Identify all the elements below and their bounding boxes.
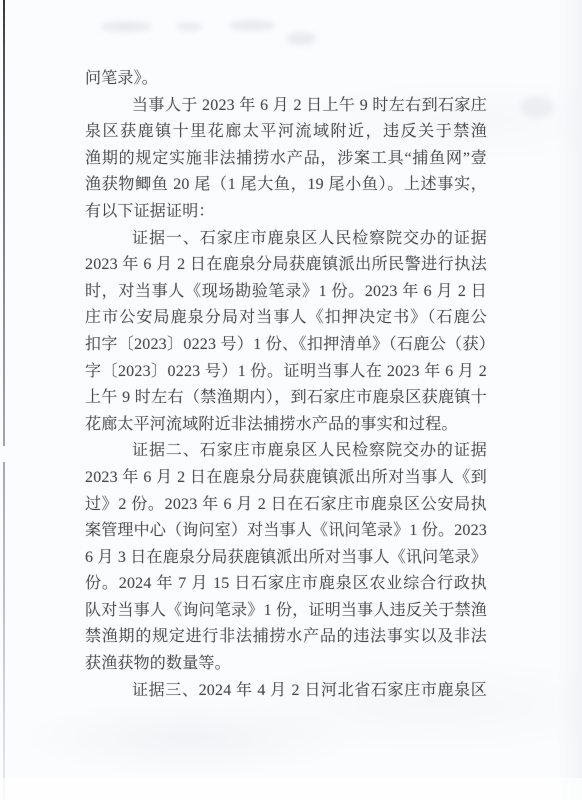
document-line: 上午 9 时左右（禁渔期内），到石家庄市鹿泉区获鹿镇十里 xyxy=(85,385,487,412)
document-line: 有以下证据证明： xyxy=(85,199,487,226)
scan-smudge xyxy=(286,32,316,45)
document-line: 证据三、2024 年 4 月 2 日河北省石家庄市鹿泉区人民检 xyxy=(85,678,487,705)
document-line: 当事人于 2023 年 6 月 2 日上午 9 时左右到石家庄市鹿 xyxy=(85,93,487,120)
document-line: 泉区获鹿镇十里花廊太平河流域附近，违反关于禁渔区、禁 xyxy=(85,119,487,146)
document-line: 时，对当事人《现场勘验笔录》1 份。2023 年 6 月 2 日石家 xyxy=(85,279,487,306)
document-line: 证据一、石家庄市鹿泉区人民检察院交办的证据材料中， xyxy=(85,226,487,253)
document-text-block: 问笔录》。当事人于 2023 年 6 月 2 日上午 9 时左右到石家庄市鹿泉区… xyxy=(85,66,487,704)
document-line: 6 月 3 日在鹿泉分局获鹿镇派出所对当事人《讯问笔录》1 xyxy=(85,545,487,572)
scan-smudge xyxy=(100,21,152,32)
document-line: 2023 年 6 月 2 日在鹿泉分局获鹿镇派出所对当事人《到案经 xyxy=(85,465,487,492)
document-line: 字〔2023〕0223 号）1 份。证明当事人在 2023 年 6 月 2 日 xyxy=(85,359,487,386)
scan-bottom-edge xyxy=(0,778,582,800)
document-line: 禁渔期的规定进行非法捕捞水产品的违法事实以及非法捕 xyxy=(85,624,487,651)
scan-smudge xyxy=(520,96,554,118)
document-page: 问笔录》。当事人于 2023 年 6 月 2 日上午 9 时左右到石家庄市鹿泉区… xyxy=(0,0,582,800)
document-line: 获渔获物的数量等。 xyxy=(85,651,487,678)
document-line: 问笔录》。 xyxy=(85,66,487,93)
document-line: 花廊太平河流域附近非法捕捞水产品的事实和过程。 xyxy=(85,412,487,439)
document-line: 案管理中心（询问室）对当事人《讯问笔录》1 份。2023 年 xyxy=(85,518,487,545)
document-line: 队对当事人《询问笔录》1 份，证明当事人违反关于禁渔区、 xyxy=(85,598,487,625)
document-line: 渔期的规定实施非法捕捞水产品，涉案工具“捕鱼网”壹张、 xyxy=(85,146,487,173)
scan-edge-shadow xyxy=(3,0,5,800)
document-line: 庄市公安局鹿泉分局对当事人《扣押决定书》（石鹿公（获） xyxy=(85,305,487,332)
document-line: 2023 年 6 月 2 日在鹿泉分局获鹿镇派出所民警进行执法检查 xyxy=(85,252,487,279)
scan-smudge xyxy=(176,22,202,31)
document-line: 渔获物鲫鱼 20 尾（1 尾大鱼，19 尾小鱼）。上述事实，主要 xyxy=(85,172,487,199)
document-line: 扣字〔2023〕0223 号）1 份、《扣押清单》（石鹿公（获）扣 xyxy=(85,332,487,359)
document-line: 份。2024 年 7 月 15 日石家庄市鹿泉区农业综合行政执法大 xyxy=(85,571,487,598)
scan-right-shading xyxy=(556,0,582,800)
document-line: 过》2 份。2023 年 6 月 2 日在石家庄市鹿泉区公安局执法办 xyxy=(85,492,487,519)
scan-smudge xyxy=(228,20,276,31)
scan-edge-gap xyxy=(2,446,6,462)
document-line: 证据二、石家庄市鹿泉区人民检察院交办的证据材料中， xyxy=(85,438,487,465)
